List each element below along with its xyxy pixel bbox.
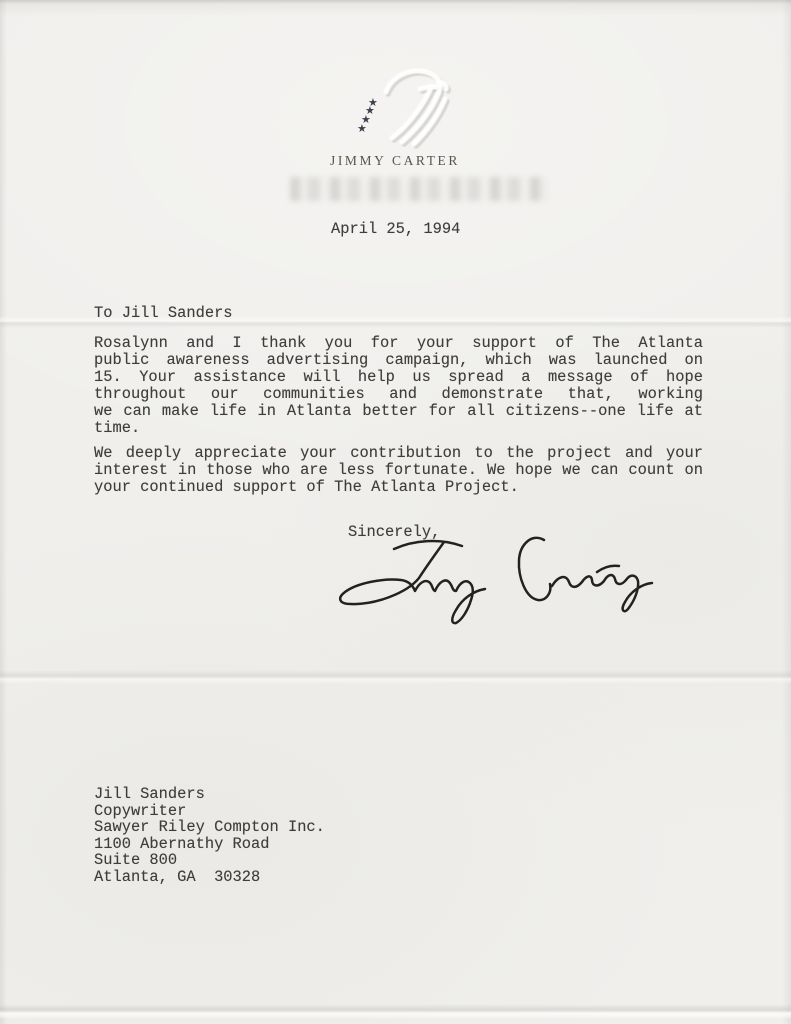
body-line: Rosalynn and I thank you for your suppor… [94, 335, 703, 352]
recipient-street: 1100 Abernathy Road [94, 836, 325, 853]
faded-stamp-smudge [290, 177, 548, 201]
body-line: we can make life in Atlanta better for a… [94, 403, 703, 420]
body-line: time. [94, 420, 703, 437]
fold-crease-lower [0, 670, 791, 684]
body-line: throughout our communities and demonstra… [94, 386, 703, 403]
fold-crease-bottom [0, 1004, 791, 1018]
recipient-title: Copywriter [94, 803, 325, 820]
letterhead-name: JIMMY CARTER [295, 153, 495, 169]
signature-jimmy-carter [334, 535, 664, 635]
paragraph-2: We deeply appreciate your contribution t… [94, 445, 703, 496]
body-line: your continued support of The Atlanta Pr… [94, 479, 703, 496]
body-line: public awareness advertising campaign, w… [94, 352, 703, 369]
body-line: We deeply appreciate your contribution t… [94, 445, 703, 462]
recipient-city: Atlanta, GA 30328 [94, 869, 325, 886]
letter-page: ★ ★ ★ ★ JIMMY CARTER April 25, 1994 To J… [0, 0, 791, 1024]
recipient-address-block: Jill Sanders Copywriter Sawyer Riley Com… [94, 786, 325, 885]
body-line: 15. Your assistance will help us spread … [94, 369, 703, 386]
recipient-company: Sawyer Riley Compton Inc. [94, 819, 325, 836]
body-line: interest in those who are less fortunate… [94, 462, 703, 479]
paragraph-1: Rosalynn and I thank you for your suppor… [94, 335, 703, 437]
salutation: To Jill Sanders [94, 304, 233, 322]
star-icon: ★ [357, 123, 367, 134]
recipient-suite: Suite 800 [94, 852, 325, 869]
recipient-name: Jill Sanders [94, 786, 325, 803]
letter-date: April 25, 1994 [331, 220, 460, 238]
